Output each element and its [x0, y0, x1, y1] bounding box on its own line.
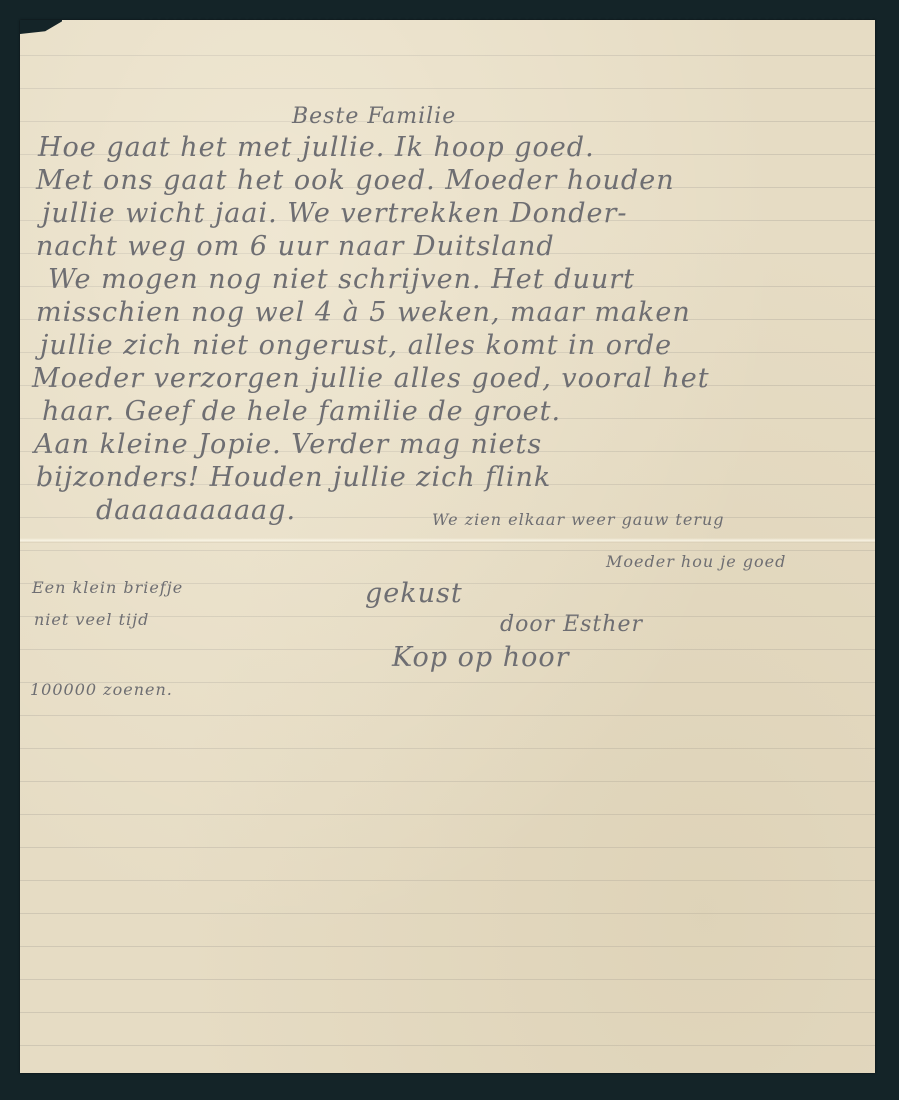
body-line-2: Met ons gaat het ook goed. Moeder houden — [36, 165, 675, 196]
body-line-9: haar. Geef de hele familie de groet. — [42, 396, 561, 427]
closing-kissed: gekust — [365, 578, 463, 609]
closing-chin-up: Kop op hoor — [392, 642, 570, 673]
torn-corner — [20, 20, 62, 34]
body-line-7: jullie zich niet ongerust, alles komt in… — [40, 330, 672, 361]
margin-note-kisses: 100000 zoenen. — [30, 680, 173, 699]
body-line-4: nacht weg om 6 uur naar Duitsland — [36, 231, 555, 262]
margin-note-1: Een klein briefje — [32, 578, 183, 597]
postscript-see-again: We zien elkaar weer gauw terug — [432, 510, 725, 529]
body-line-10: Aan kleine Jopie. Verder mag niets — [34, 429, 542, 460]
body-line-1: Hoe gaat het met jullie. Ik hoop goed. — [38, 132, 595, 163]
fold-crease — [20, 538, 875, 543]
body-line-5: We mogen nog niet schrijven. Het duurt — [48, 264, 635, 295]
postscript-mother: Moeder hou je goed — [606, 552, 786, 571]
body-line-3: jullie wicht jaai. We vertrekken Donder- — [42, 198, 628, 229]
letter-paper: Beste Familie Hoe gaat het met jullie. I… — [20, 20, 875, 1073]
body-line-12: daaaaaaaaag. — [96, 495, 296, 526]
closing-signature: door Esther — [500, 612, 643, 637]
body-line-6: misschien nog wel 4 à 5 weken, maar make… — [36, 297, 691, 328]
margin-note-2: niet veel tijd — [34, 610, 149, 629]
salutation: Beste Familie — [292, 104, 456, 129]
body-line-11: bijzonders! Houden jullie zich flink — [36, 462, 551, 493]
body-line-8: Moeder verzorgen jullie alles goed, voor… — [32, 363, 710, 394]
